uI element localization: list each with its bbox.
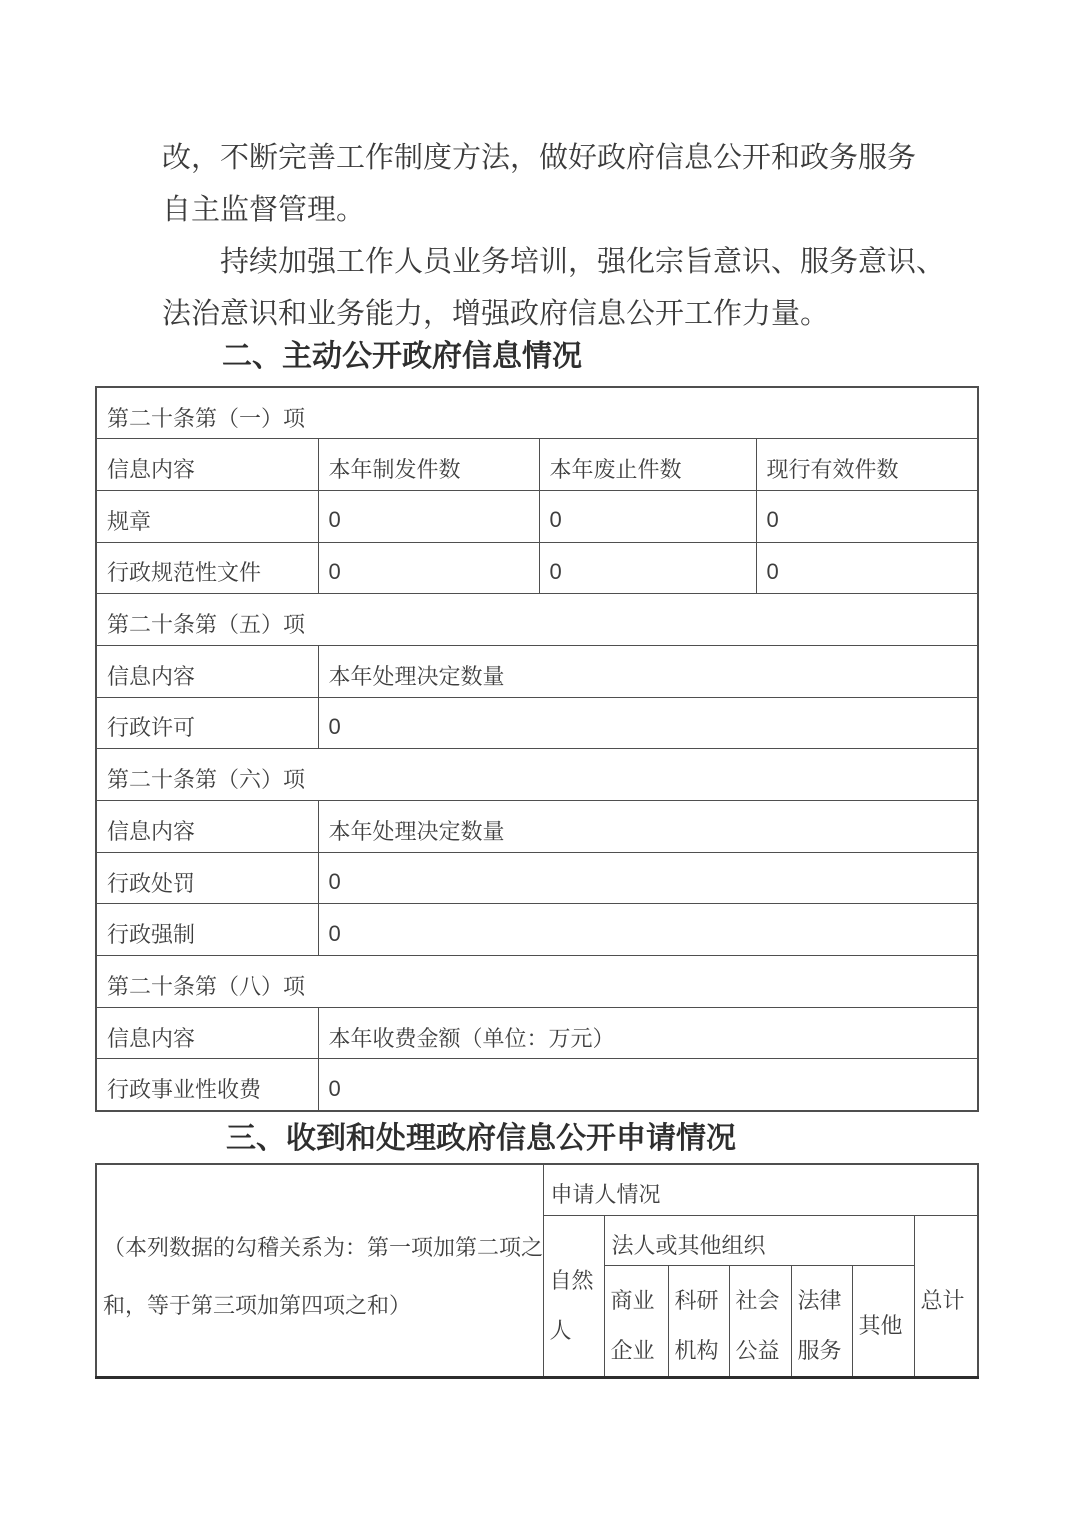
table-row: 信息内容 本年制发件数 本年废止件数 现行有效件数: [96, 439, 978, 491]
value-cell: 0: [539, 542, 756, 594]
value-cell: 0: [539, 490, 756, 542]
column-header-cell: 信息内容: [96, 645, 318, 697]
applicant-status-header-cell: 申请人情况: [543, 1164, 978, 1215]
total-header-cell: 总计: [914, 1215, 978, 1377]
note-line: 和，等于第三项加第四项之和）: [103, 1277, 541, 1335]
table-row: 第二十条第（一）项: [96, 387, 978, 439]
table-row: （本列数据的勾稽关系为：第一项加第二项之 和，等于第三项加第四项之和） 申请人情…: [96, 1164, 978, 1215]
value-cell: 0: [756, 490, 978, 542]
label-cell: 行政处罚: [96, 852, 318, 904]
section-heading-application-handling: 三、收到和处理政府信息公开申请情况: [226, 1116, 736, 1162]
label-cell: 规章: [96, 490, 318, 542]
column-header-cell: 信息内容: [96, 801, 318, 853]
document-page: 改，不断完善工作制度方法，做好政府信息公开和政务服务 自主监督管理。 持续加强工…: [0, 0, 1074, 1520]
column-header-cell: 本年处理决定数量: [318, 801, 978, 853]
table-row: 行政许可 0: [96, 697, 978, 749]
table-row: 信息内容 本年收费金额（单位：万元）: [96, 1007, 978, 1059]
table-row: 第二十条第（五）项: [96, 594, 978, 646]
body-paragraph-line: 法治意识和业务能力，增强政府信息公开工作力量。: [162, 288, 945, 340]
table-row: 第二十条第（八）项: [96, 956, 978, 1008]
label-cell: 行政强制: [96, 904, 318, 956]
value-cell: 0: [318, 490, 539, 542]
table-row: 行政事业性收费 0: [96, 1059, 978, 1111]
section-header-cell: 第二十条第（八）项: [96, 956, 978, 1008]
value-cell: 0: [318, 697, 978, 749]
body-paragraph-line: 改，不断完善工作制度方法，做好政府信息公开和政务服务: [162, 132, 945, 184]
legal-org-group-header-cell: 法人或其他组织: [604, 1215, 914, 1265]
value-cell: 0: [318, 542, 539, 594]
label-cell: 行政事业性收费: [96, 1059, 318, 1111]
body-paragraphs: 改，不断完善工作制度方法，做好政府信息公开和政务服务 自主监督管理。 持续加强工…: [162, 132, 945, 340]
application-statistics-table: （本列数据的勾稽关系为：第一项加第二项之 和，等于第三项加第四项之和） 申请人情…: [95, 1163, 979, 1379]
column-header-cell: 信息内容: [96, 439, 318, 491]
body-paragraph-line: 持续加强工作人员业务培训，强化宗旨意识、服务意识、: [162, 236, 945, 288]
proactive-disclosure-table: 第二十条第（一）项 信息内容 本年制发件数 本年废止件数 现行有效件数 规章 0…: [95, 386, 979, 1112]
table-row: 行政强制 0: [96, 904, 978, 956]
table-row: 行政处罚 0: [96, 852, 978, 904]
column-header-cell: 本年制发件数: [318, 439, 539, 491]
column-header-cell: 信息内容: [96, 1007, 318, 1059]
section-header-cell: 第二十条第（六）项: [96, 749, 978, 801]
social-welfare-header-cell: 社会公益: [729, 1265, 791, 1377]
value-cell: 0: [318, 1059, 978, 1111]
label-cell: 行政规范性文件: [96, 542, 318, 594]
value-cell: 0: [756, 542, 978, 594]
research-institution-header-cell: 科研机构: [668, 1265, 729, 1377]
legal-service-header-cell: 法律服务: [791, 1265, 852, 1377]
reconciliation-note-cell: （本列数据的勾稽关系为：第一项加第二项之 和，等于第三项加第四项之和）: [96, 1164, 543, 1377]
table-row: 信息内容 本年处理决定数量: [96, 645, 978, 697]
other-header-cell: 其他: [852, 1265, 914, 1377]
section-heading-proactive-disclosure: 二、主动公开政府信息情况: [222, 334, 582, 380]
section-header-cell: 第二十条第（五）项: [96, 594, 978, 646]
column-header-cell: 本年废止件数: [539, 439, 756, 491]
value-cell: 0: [318, 852, 978, 904]
table-row: 行政规范性文件 0 0 0: [96, 542, 978, 594]
commercial-enterprise-header-cell: 商业企业: [604, 1265, 668, 1377]
table-row: 第二十条第（六）项: [96, 749, 978, 801]
column-header-cell: 现行有效件数: [756, 439, 978, 491]
section-header-cell: 第二十条第（一）项: [96, 387, 978, 439]
natural-person-header-cell: 自然人: [543, 1215, 604, 1377]
column-header-cell: 本年处理决定数量: [318, 645, 978, 697]
value-cell: 0: [318, 904, 978, 956]
note-line: （本列数据的勾稽关系为：第一项加第二项之: [103, 1219, 541, 1277]
table-row: 规章 0 0 0: [96, 490, 978, 542]
column-header-cell: 本年收费金额（单位：万元）: [318, 1007, 978, 1059]
body-paragraph-line: 自主监督管理。: [162, 184, 945, 236]
table-row: 信息内容 本年处理决定数量: [96, 801, 978, 853]
label-cell: 行政许可: [96, 697, 318, 749]
